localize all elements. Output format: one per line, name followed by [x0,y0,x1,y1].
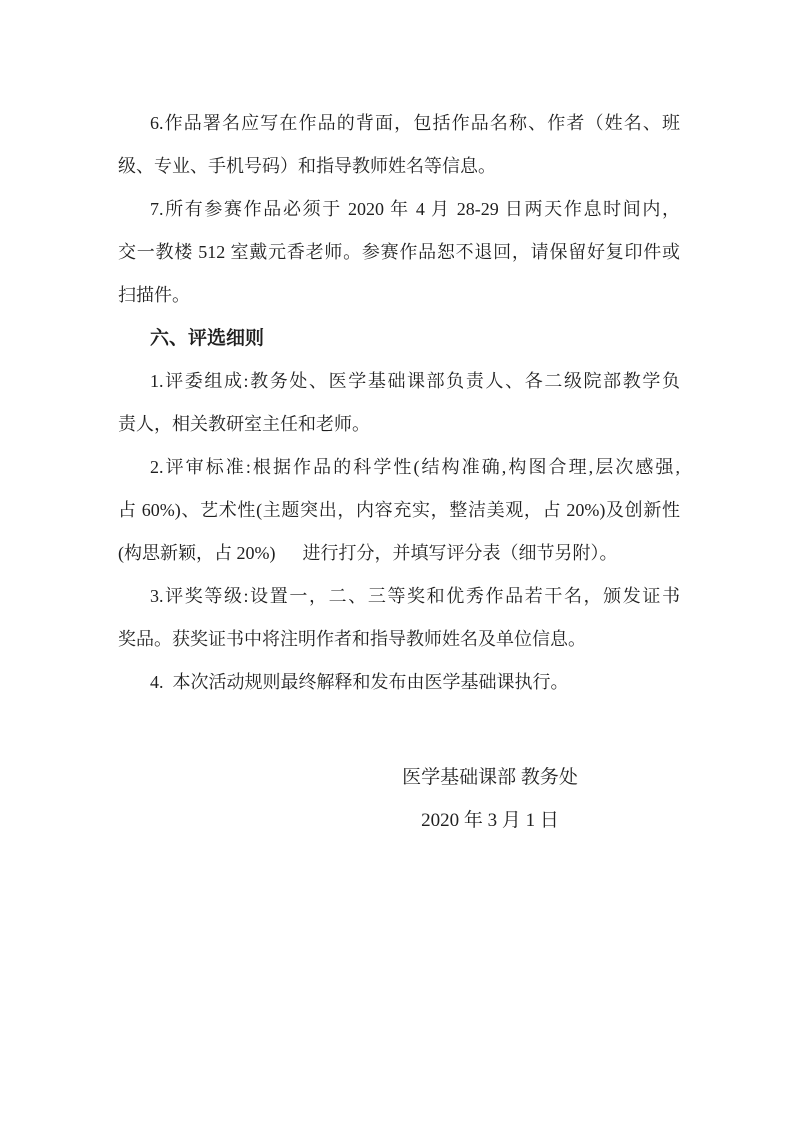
section-heading: 六、评选细则 [118,317,680,360]
rule2-line-2: 占 60%)、艺术性(主题突出，内容充实，整洁美观，占 20%)及创新性 [118,489,680,532]
rule1-line-1: 1.评委组成:教务处、医学基础课部负责人、各二级院部教学负 [118,360,680,403]
item7-line-1: 7.所有参赛作品必须于 2020 年 4 月 28-29 日两天作息时间内， [118,188,680,231]
rule2-line-3: (构思新颖，占 20%) 进行打分，并填写评分表（细节另附）。 [118,532,680,575]
document-body: 6.作品署名应写在作品的背面，包括作品名称、作者（姓名、班 级、专业、手机号码）… [118,102,680,842]
item6-line-2: 级、专业、手机号码）和指导教师姓名等信息。 [118,145,680,188]
signature-org: 医学基础课部 教务处 [300,756,680,799]
rule4-line-1: 4. 本次活动规则最终解释和发布由医学基础课执行。 [118,661,680,704]
document-page: 6.作品署名应写在作品的背面，包括作品名称、作者（姓名、班 级、专业、手机号码）… [0,0,793,1122]
rule1-line-2: 责人，相关教研室主任和老师。 [118,403,680,446]
rule2-line-1: 2.评审标准:根据作品的科学性(结构准确,构图合理,层次感强, [118,446,680,489]
rule3-line-2: 奖品。获奖证书中将注明作者和指导教师姓名及单位信息。 [118,618,680,661]
item7-line-3: 扫描件。 [118,274,680,317]
item7-line-2: 交一教楼 512 室戴元香老师。参赛作品恕不退回，请保留好复印件或 [118,231,680,274]
item6-line-1: 6.作品署名应写在作品的背面，包括作品名称、作者（姓名、班 [118,102,680,145]
signature-date: 2020 年 3 月 1 日 [300,799,680,842]
signature-spacer [118,704,680,756]
rule3-line-1: 3.评奖等级:设置一，二、三等奖和优秀作品若干名，颁发证书 [118,575,680,618]
